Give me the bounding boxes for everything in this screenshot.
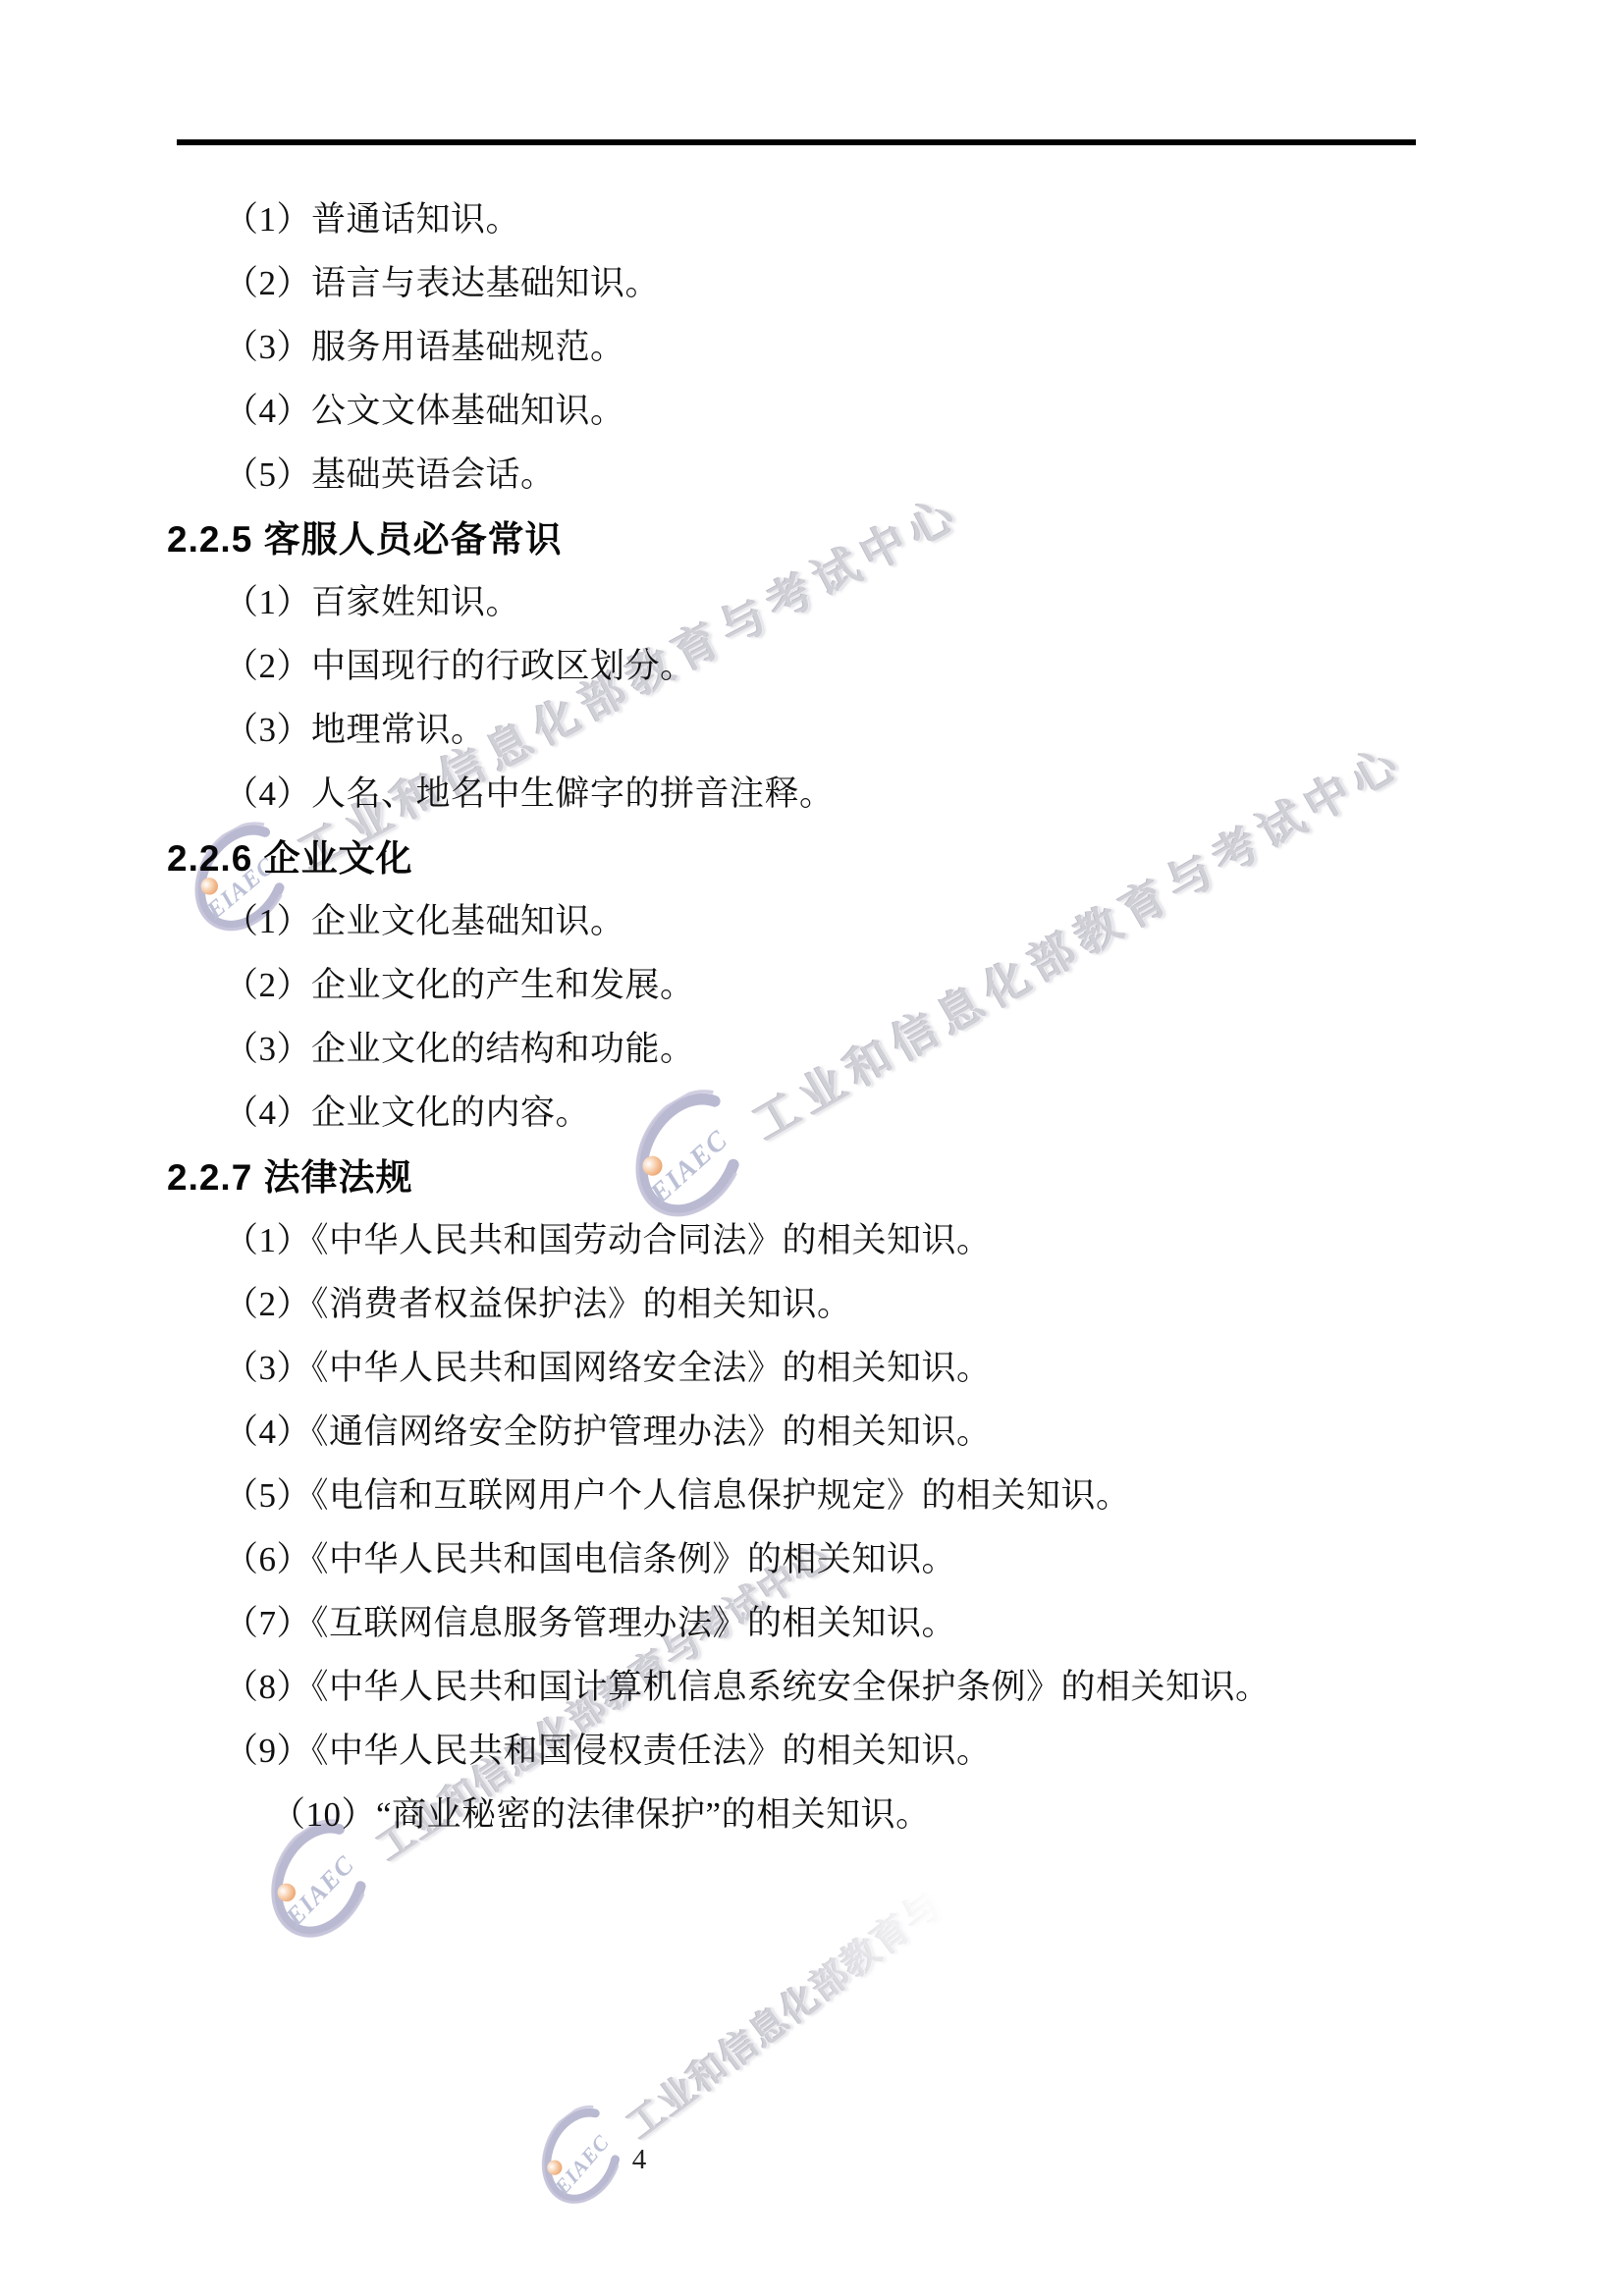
watermark-logo-letters: EIAEC <box>550 2130 615 2200</box>
list-item: （3）地理常识。 <box>0 695 1624 759</box>
document-content: （1）普通话知识。（2）语言与表达基础知识。（3）服务用语基础规范。（4）公文文… <box>0 185 1624 1843</box>
list-item: （6）《中华人民共和国电信条例》的相关知识。 <box>0 1524 1624 1588</box>
list-item: （10）“商业秘密的法律保护”的相关知识。 <box>0 1780 1624 1843</box>
pearl-dot-icon <box>274 1880 299 1905</box>
watermark-logo-letters: EIAEC <box>279 1849 359 1932</box>
list-item: （3）企业文化的结构和功能。 <box>0 1014 1624 1078</box>
list-item: （1）《中华人民共和国劳动合同法》的相关知识。 <box>0 1205 1624 1269</box>
pearl-dot-icon <box>544 2158 565 2178</box>
header-rule <box>177 139 1416 145</box>
list-item: （2）语言与表达基础知识。 <box>0 248 1624 312</box>
section-heading: 2.2.7 法律法规 <box>0 1142 1624 1205</box>
section-heading: 2.2.5 客服人员必备常识 <box>0 504 1624 567</box>
list-item: （2）企业文化的产生和发展。 <box>0 950 1624 1014</box>
document-page: EIAEC工业和信息化部教育与考试中心EIAEC工业和信息化部教育与考试中心EI… <box>0 0 1624 2296</box>
list-item: （7）《互联网信息服务管理办法》的相关知识。 <box>0 1588 1624 1652</box>
list-item: （4）公文文体基础知识。 <box>0 376 1624 440</box>
list-item: （1）百家姓知识。 <box>0 567 1624 631</box>
list-item: （1）普通话知识。 <box>0 185 1624 248</box>
list-item: （4）企业文化的内容。 <box>0 1078 1624 1142</box>
list-item: （3）《中华人民共和国网络安全法》的相关知识。 <box>0 1333 1624 1397</box>
list-item: （2）中国现行的行政区划分。 <box>0 631 1624 695</box>
list-item: （5）基础英语会话。 <box>0 440 1624 504</box>
list-item: （2）《消费者权益保护法》的相关知识。 <box>0 1269 1624 1333</box>
list-item: （8）《中华人民共和国计算机信息系统安全保护条例》的相关知识。 <box>0 1652 1624 1716</box>
list-item: （4）人名、地名中生僻字的拼音注释。 <box>0 759 1624 823</box>
list-item: （4）《通信网络安全防护管理办法》的相关知识。 <box>0 1397 1624 1461</box>
section-heading: 2.2.6 企业文化 <box>0 823 1624 886</box>
list-item: （5）《电信和互联网用户个人信息保护规定》的相关知识。 <box>0 1461 1624 1524</box>
list-item: （3）服务用语基础规范。 <box>0 312 1624 376</box>
list-item: （1）企业文化基础知识。 <box>0 886 1624 950</box>
page-number: 4 <box>624 2144 654 2176</box>
list-item: （9）《中华人民共和国侵权责任法》的相关知识。 <box>0 1716 1624 1780</box>
